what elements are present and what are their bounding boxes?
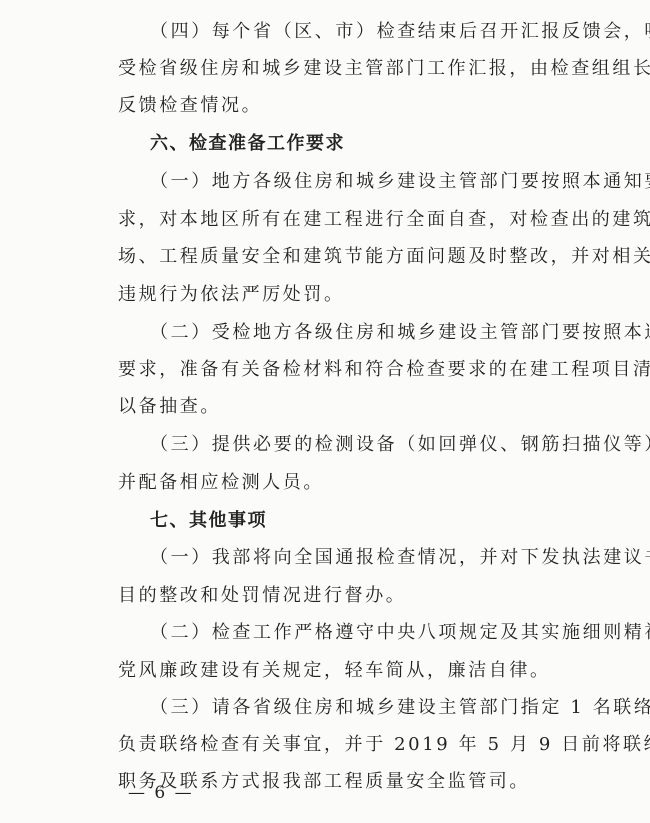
paragraph-line: （三）请各省级住房和城乡建设主管部门指定 1 名联络员， [150, 697, 630, 719]
section-heading: 六、检查准备工作要求 [150, 133, 630, 155]
paragraph-line: 目的整改和处罚情况进行督办。 [118, 585, 598, 607]
section-heading: 七、其他事项 [150, 510, 630, 532]
paragraph-line: 党风廉政建设有关规定，轻车简从，廉洁自律。 [118, 660, 598, 682]
paragraph-line: 受检省级住房和城乡建设主管部门工作汇报，由检查组组长统一 [118, 58, 598, 80]
document-page: （四）每个省（区、市）检查结束后召开汇报反馈会，听取受检省级住房和城乡建设主管部… [0, 0, 650, 823]
paragraph-line: （二）受检地方各级住房和城乡建设主管部门要按照本通知 [150, 322, 630, 344]
paragraph-line: 以备抽查。 [118, 396, 598, 418]
paragraph-line: 并配备相应检测人员。 [118, 472, 598, 494]
paragraph-line: 负责联络检查有关事宜，并于 2019 年 5 月 9 日前将联络员姓名、 [118, 734, 598, 756]
paragraph-line: （四）每个省（区、市）检查结束后召开汇报反馈会，听取 [150, 21, 630, 43]
paragraph-line: （一）地方各级住房和城乡建设主管部门要按照本通知要 [150, 171, 630, 193]
paragraph-line: 要求，准备有关备检材料和符合检查要求的在建工程项目清单， [118, 359, 598, 381]
paragraph-line: 违规行为依法严厉处罚。 [118, 284, 598, 306]
paragraph-line: 求，对本地区所有在建工程进行全面自查，对检查出的建筑市 [118, 209, 598, 231]
page-number: — 6 — [128, 783, 194, 803]
paragraph-line: （一）我部将向全国通报检查情况，并对下发执法建议书项 [150, 547, 630, 569]
paragraph-line: （三）提供必要的检测设备（如回弹仪、钢筋扫描仪等）， [150, 434, 630, 456]
paragraph-line: 反馈检查情况。 [118, 95, 598, 117]
paragraph-line: 场、工程质量安全和建筑节能方面问题及时整改，并对相关违法 [118, 246, 598, 268]
paragraph-line: （二）检查工作严格遵守中央八项规定及其实施细则精神和 [150, 622, 630, 644]
